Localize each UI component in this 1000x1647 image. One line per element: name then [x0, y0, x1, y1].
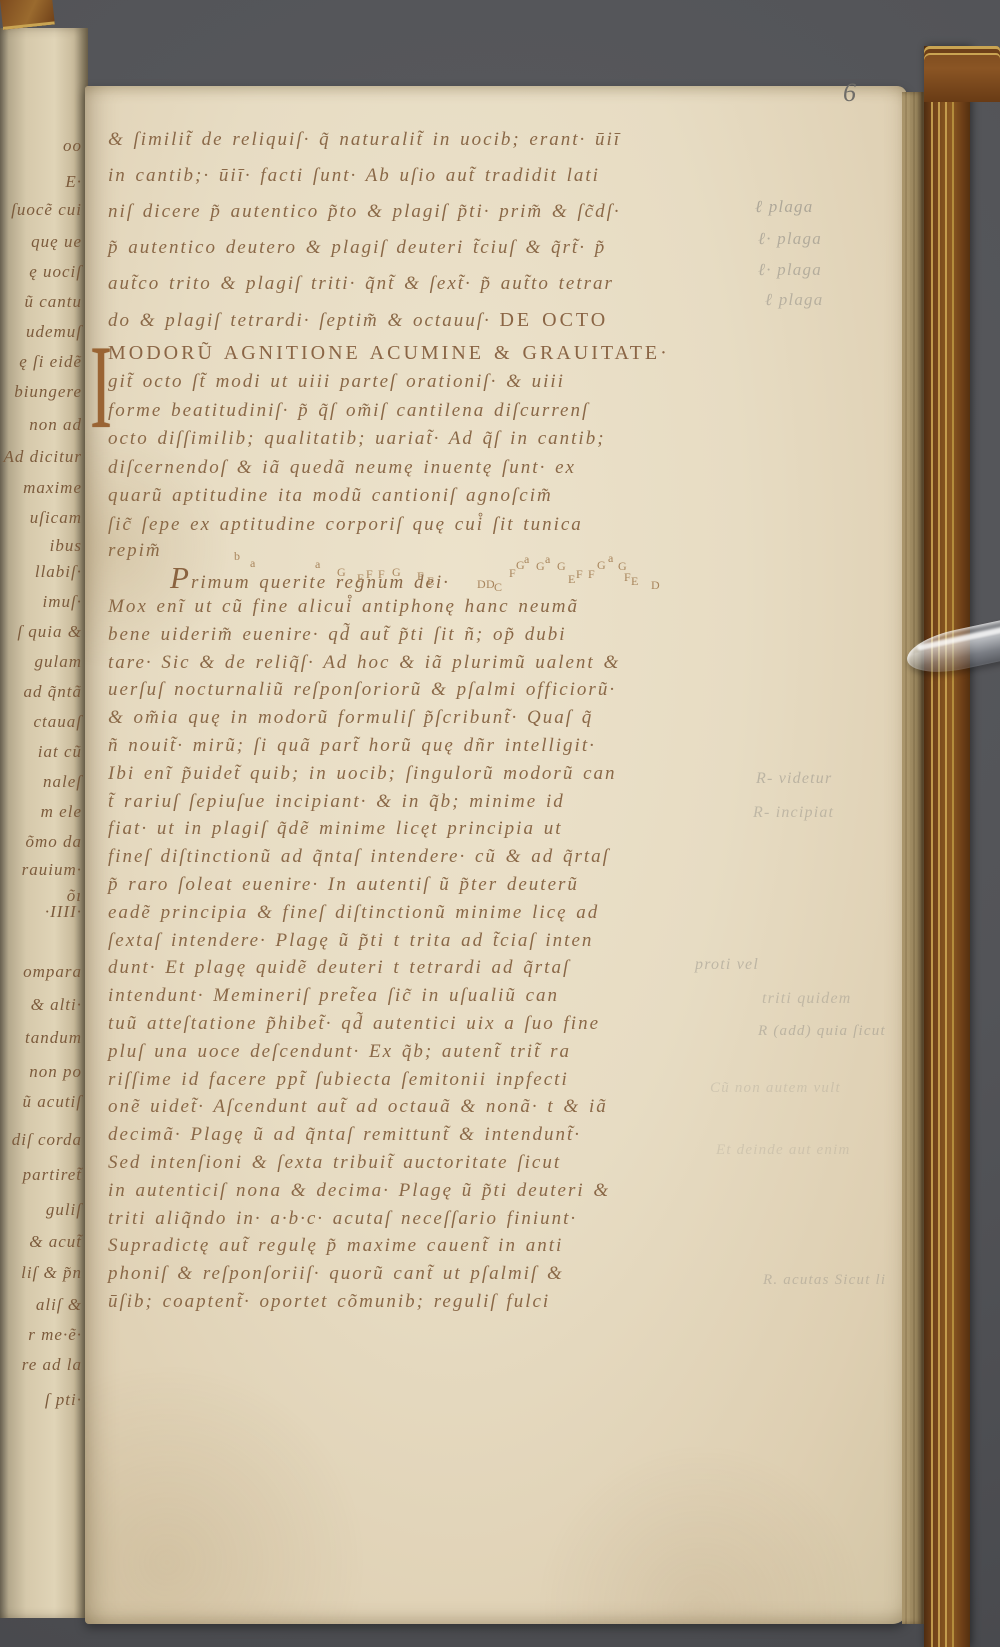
chapter-heading: MODORŨ AGNITIONE ACUMINE & GRAUITATE· — [108, 338, 708, 368]
text-line: in cantib;· ūiī· facti ſunt· Ab uſio aut… — [108, 158, 708, 194]
text-line: bene uiderim̃ euenire· qd̃ aut̃ p̃ti ſit… — [108, 621, 708, 649]
facing-page-line-fragment: naleſ — [43, 772, 82, 792]
neume-letter: D — [477, 578, 486, 590]
facing-page-line-fragment: partiret̃ — [23, 1165, 82, 1185]
facing-page-line-fragment: llabiſ· — [35, 562, 82, 582]
facing-page-line-fragment: ompara — [23, 962, 82, 982]
text-line: onẽ uidet̃· Aſcendunt aut̃ ad octauã & n… — [108, 1093, 708, 1121]
neume-letter: E — [631, 575, 638, 587]
neume-letter: G — [536, 560, 545, 572]
facing-page-line-fragment: rauium· — [22, 860, 82, 880]
gold-fillet-lines — [924, 46, 970, 1647]
facing-page-line-fragment: aliſ & — [36, 1295, 82, 1315]
manuscript-page: & ſimilit̃ de reliquiſ· q̃ naturalit̃ in… — [85, 86, 907, 1624]
text-line: pluſ una uoce deſcendunt· Ex q̃b; autent… — [108, 1038, 708, 1066]
neume-letter: G — [392, 566, 401, 578]
facing-page-line-fragment: gulam — [35, 652, 83, 672]
text-line: ſextaſ intendere· Plagę ũ p̃ti t trita a… — [108, 927, 708, 955]
text-line: ñ nouit̃· mirũ; ſi quã part̃ horũ quę dñ… — [108, 732, 708, 760]
line-six-text: do & plagiſ tetrardi· ſeptim̃ & octauuſ· — [108, 310, 491, 331]
text-line: Mox enĩ ut cũ fine alicui̊ antiphonę han… — [108, 593, 708, 621]
facing-page-line-fragment: uſicam — [30, 508, 82, 528]
neume-letter: a — [315, 558, 320, 570]
littera-notabilior-P: P — [170, 560, 191, 595]
facing-page-line-fragment: ſ pti· — [45, 1390, 82, 1410]
neume-letter: a — [250, 557, 255, 569]
facing-page-line-fragment: imuſ· — [43, 592, 82, 612]
text-line: Ibi enĩ p̃uidet̃ quib; in uocib; ſingulo… — [108, 760, 708, 788]
neume-letter: G — [337, 566, 346, 578]
neume-letter: F — [576, 568, 583, 580]
facing-page-line-fragment: ad q̃ntã — [24, 682, 82, 702]
facing-page-line-fragment: non po — [29, 1062, 82, 1082]
text-line: diſcernendoſ & iã quedã neumę inuentę ſu… — [108, 454, 708, 483]
folio-number: 6 — [843, 78, 856, 108]
text-line: fiat· ut in plagiſ q̃dẽ minime licęt pri… — [108, 815, 708, 843]
facing-page-line-fragment: õmo da — [25, 832, 82, 852]
text-line: ūſib; coaptent̃· oportet cõmunib; reguli… — [108, 1288, 708, 1316]
facing-page-line-fragment: ibus — [50, 536, 82, 556]
text-line: aut̃co trito & plagiſ triti· q̃nt̃ & ſex… — [108, 266, 708, 302]
text-line: niſ dicere p̃ autentico p̃to & plagiſ p̃… — [108, 194, 708, 230]
text-line: Supradictę aut̃ regulę p̃ maxime cauent̃… — [108, 1232, 708, 1260]
pitch-letter-neumes: baaGEFFGFEDDCFGaGaGEFFGaGFED — [225, 545, 675, 591]
facing-page-line-fragment: ſ quia & — [17, 622, 82, 642]
text-line: ſic̃ ſepe ex aptitudine corporiſ quę cui… — [108, 511, 708, 540]
neume-letter: a — [545, 553, 550, 565]
text-line: tuũ atteſtatione p̃hibet̃· qd̃ autentici… — [108, 1010, 708, 1038]
text-line: p̃ raro ſoleat euenire· In autentiſ ũ p̃… — [108, 871, 708, 899]
facing-page-line-fragment: ũ acutiſ — [23, 1092, 82, 1112]
facing-page-line-fragment: non ad — [29, 415, 82, 435]
text-line: dunt· Et plagę quidẽ deuteri t tetrardi … — [108, 954, 708, 982]
neume-letter: E — [357, 572, 364, 584]
rubric-incipit: DE OCTO — [499, 309, 608, 331]
neume-letter: E — [568, 573, 575, 585]
facing-page-line-fragment: tandum — [25, 1028, 82, 1048]
text-line: Sed intenſioni & ſexta tribuit̃ auctorit… — [108, 1149, 708, 1177]
facing-page-line-fragment: re ad la — [22, 1355, 82, 1375]
text-line: eadẽ principia & fineſ diſtinctionũ mini… — [108, 899, 708, 927]
text-line: t̃ rariuſ ſepiuſue incipiant· & in q̃b; … — [108, 788, 708, 816]
neume-letter: F — [366, 568, 373, 580]
neume-letter: G — [557, 560, 566, 572]
neume-letter: F — [588, 568, 595, 580]
facing-page-line-fragment: & alti· — [31, 995, 82, 1015]
text-line: phoniſ & reſponſoriiſ· quorũ cant̃ ut pſ… — [108, 1260, 708, 1288]
text-line: do & plagiſ tetrardi· ſeptim̃ & octauuſ·… — [108, 302, 708, 338]
facing-page-line-fragment: ctauaſ — [34, 712, 83, 732]
text-line: in autenticiſ nona & decima· Plagę ũ p̃t… — [108, 1177, 708, 1205]
text-line: triti aliq̃ndo in· a·b·c· acutaſ neceſſa… — [108, 1205, 708, 1233]
neume-letter: F — [378, 568, 385, 580]
neume-letter: D — [651, 579, 660, 591]
book-cover-corner-top-right — [924, 46, 1000, 102]
text-line: tare· Sic & de reliq̃ſ· Ad hoc & iã plur… — [108, 649, 708, 677]
text-line: fineſ diſtinctionũ ad q̃ntaſ intendere· … — [108, 843, 708, 871]
facing-page-line-fragment: ũ cantu — [24, 292, 82, 312]
page-fore-edges — [902, 92, 924, 1624]
text-line: intendunt· Memineriſ pret̃ea ſic̃ in uſu… — [108, 982, 708, 1010]
text-line: & ſimilit̃ de reliquiſ· q̃ naturalit̃ in… — [108, 122, 708, 158]
facing-page-line-fragment: ę ſi eidẽ — [19, 352, 82, 372]
facing-page-line-fragment: ę uociſ — [29, 262, 82, 282]
text-line: uerſuſ nocturnaliũ reſponſoriorũ & pſalm… — [108, 676, 708, 704]
text-line: p̃ autentico deutero & plagiſ deuteri t̃… — [108, 230, 708, 266]
manuscript-photograph: ooE·ſuocẽ cuiquę ueę uociſũ cantuudemuſę… — [0, 0, 1000, 1647]
neume-letter: C — [494, 581, 502, 593]
main-text-block: & ſimilit̃ de reliquiſ· q̃ naturalit̃ in… — [108, 122, 708, 1316]
text-line: octo diſſimilib; qualitatib; uariat̃· Ad… — [108, 425, 708, 454]
facing-page-line-fragment: liſ & p̃n — [21, 1263, 82, 1283]
neume-letter: b — [234, 550, 240, 562]
facing-page-line-fragment: Ad dicitur — [4, 447, 82, 467]
text-line: riſſime id facere ppt̃ ſubiecta ſemitoni… — [108, 1066, 708, 1094]
facing-page-line-fragment: ·IIII· — [45, 902, 82, 922]
facing-page-line-fragment: quę ue — [31, 232, 82, 252]
illuminated-initial-I: I — [90, 328, 101, 448]
neume-letter: a — [608, 552, 613, 564]
facing-page-edge: ooE·ſuocẽ cuiquę ueę uociſũ cantuudemuſę… — [0, 28, 88, 1618]
text-line: forme beatitudiniſ· p̃ q̃ſ om̃iſ cantile… — [108, 397, 708, 426]
book-cover-corner-top-left — [0, 0, 55, 30]
facing-page-line-fragment: iat cũ — [38, 742, 82, 762]
facing-page-line-fragment: biungere — [14, 382, 82, 402]
neume-letter: F — [509, 567, 516, 579]
facing-page-line-fragment: oo — [63, 136, 82, 156]
neume-letter: a — [524, 553, 529, 565]
text-line: & om̃ia quę in modorũ formuliſ p̃ſcribun… — [108, 704, 708, 732]
facing-page-line-fragment: ſuocẽ cui — [11, 200, 82, 220]
facing-page-line-fragment: diſ corda — [12, 1130, 82, 1150]
book-cover-edge — [924, 46, 970, 1647]
neume-letter: E — [427, 575, 434, 587]
text-line: git̃ octo ſt̃ modi ut uiii parteſ oratio… — [108, 368, 708, 397]
text-line: decimã· Plagę ũ ad q̃ntaſ remittunt̃ & i… — [108, 1121, 708, 1149]
neume-letter: F — [417, 570, 424, 582]
neume-letter: G — [597, 559, 606, 571]
facing-page-line-fragment: udemuſ — [26, 322, 82, 342]
text-line: quarũ aptitudine ita modũ cantioniſ agno… — [108, 482, 708, 511]
facing-page-line-fragment: & acut̃ — [29, 1232, 82, 1252]
facing-page-line-fragment: r me·ẽ· — [28, 1325, 82, 1345]
facing-page-line-fragment: E· — [65, 172, 82, 192]
neume-letter: F — [624, 571, 631, 583]
facing-page-line-fragment: guliſ — [46, 1200, 82, 1220]
facing-page-line-fragment: maxime — [23, 478, 82, 498]
facing-page-line-fragment: m ele — [41, 802, 82, 822]
